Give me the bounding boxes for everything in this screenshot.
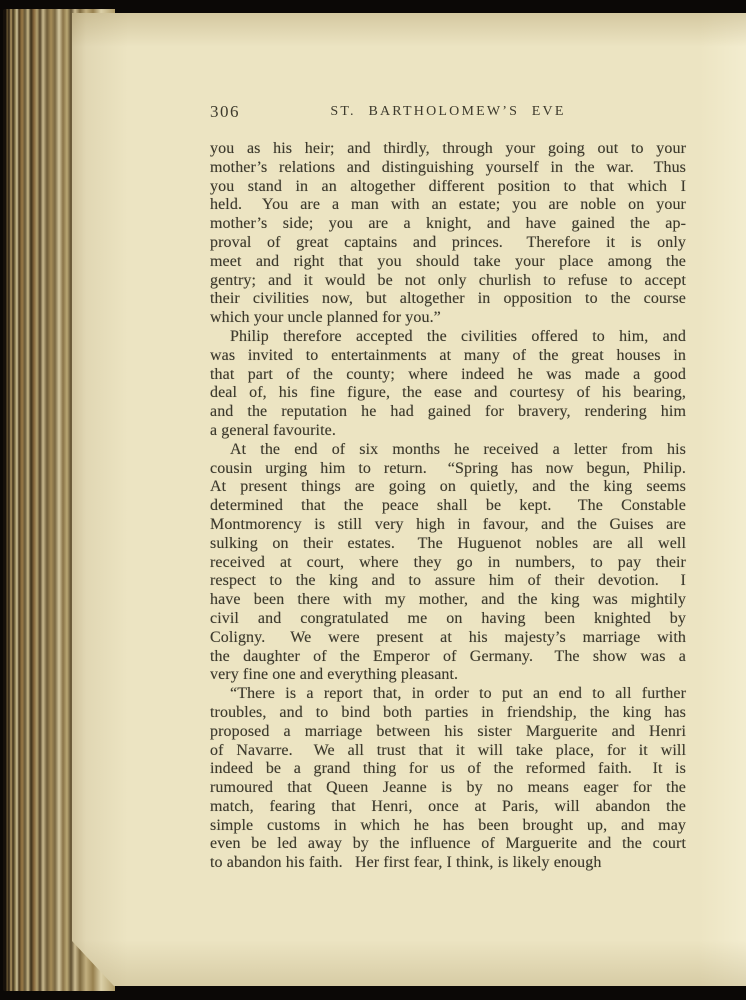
paragraph: Philip therefore accepted the civilities… [210,328,686,441]
text-line: Coligny. We were present at his majesty’… [210,629,686,648]
paragraph: At the end of six months he received a l… [210,441,686,685]
text-line: which your uncle planned for you.” [210,309,686,328]
text-line: that part of the county; where indeed he… [210,366,686,385]
text-line: of Navarre. We all trust that it will ta… [210,742,686,761]
text-line: received at court, where they go in numb… [210,554,686,573]
text-line: determined that the peace shall be kept.… [210,497,686,516]
text-line: deal of, his fine figure, the ease and c… [210,384,686,403]
text-line: mother’s side; you are a knight, and hav… [210,215,686,234]
text-line: sulking on their estates. The Huguenot n… [210,535,686,554]
paragraph: “There is a report that, in order to put… [210,685,686,873]
text-line: At the end of six months he received a l… [210,441,686,460]
text-line: a general favourite. [210,422,686,441]
text-line: cousin urging him to return. “Spring has… [210,460,686,479]
text-line: At present things are going on quietly, … [210,478,686,497]
page-header: 306 ST. BARTHOLOMEW’S EVE [210,101,686,125]
text-line: the daughter of the Emperor of Germany. … [210,648,686,667]
book-page: 306 ST. BARTHOLOMEW’S EVE you as his hei… [68,13,746,986]
text-line: Montmorency is still very high in favour… [210,516,686,535]
text-line: was invited to entertainments at many of… [210,347,686,366]
text-line: to abandon his faith. Her first fear, I … [210,854,686,873]
text-line: their civilities now, but altogether in … [210,290,686,309]
text-line: gentry; and it would be not only churlis… [210,272,686,291]
text-line: match, fearing that Henri, once at Paris… [210,798,686,817]
text-line: held. You are a man with an estate; you … [210,196,686,215]
text-line: Philip therefore accepted the civilities… [210,328,686,347]
text-line: proval of great captains and princes. Th… [210,234,686,253]
text-line: meet and right that you should take your… [210,253,686,272]
text-line: you stand in an altogether different pos… [210,178,686,197]
text-line: proposed a marriage between his sister M… [210,723,686,742]
book-scan: 306 ST. BARTHOLOMEW’S EVE you as his hei… [0,0,746,1000]
text-line: have been there with my mother, and the … [210,591,686,610]
text-line: you as his heir; and thirdly, through yo… [210,140,686,159]
page-text: you as his heir; and thirdly, through yo… [210,140,686,873]
paragraph: you as his heir; and thirdly, through yo… [210,140,686,328]
text-line: rumoured that Queen Jeanne is by no mean… [210,779,686,798]
text-line: troubles, and to bind both parties in fr… [210,704,686,723]
text-line: civil and congratulated me on having bee… [210,610,686,629]
text-line: indeed be a grand thing for us of the re… [210,760,686,779]
text-line: very fine one and everything pleasant. [210,666,686,685]
text-line: even be led away by the influence of Mar… [210,835,686,854]
text-line: simple customs in which he has been brou… [210,817,686,836]
running-header: ST. BARTHOLOMEW’S EVE [210,104,686,120]
text-line: “There is a report that, in order to put… [210,685,686,704]
text-line: and the reputation he had gained for bra… [210,403,686,422]
text-line: mother’s relations and distinguishing yo… [210,159,686,178]
text-line: respect to the king and to assure him of… [210,572,686,591]
